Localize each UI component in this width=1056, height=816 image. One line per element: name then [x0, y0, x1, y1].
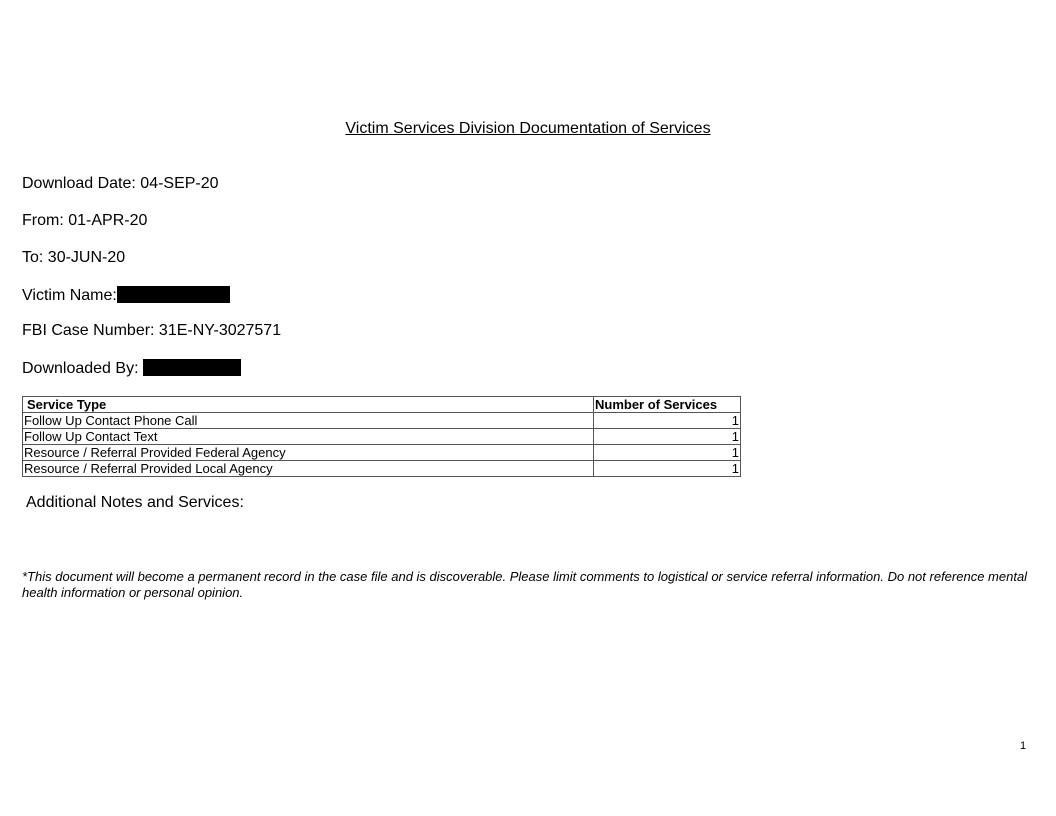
- table-row: Follow Up Contact Phone Call 1: [23, 413, 741, 429]
- date-to: To: 30-JUN-20: [22, 249, 125, 267]
- service-count-cell: 1: [594, 429, 741, 445]
- downloaded-by-redaction: [143, 359, 241, 376]
- table-row: Resource / Referral Provided Federal Age…: [23, 445, 741, 461]
- document-title-text: Victim Services Division Documentation o…: [345, 120, 710, 137]
- document-title: Victim Services Division Documentation o…: [0, 120, 1056, 138]
- service-type-cell: Follow Up Contact Phone Call: [23, 413, 594, 429]
- service-count-cell: 1: [594, 413, 741, 429]
- downloaded-by-label: Downloaded By:: [22, 360, 139, 377]
- date-from: From: 01-APR-20: [22, 212, 147, 230]
- service-count-cell: 1: [594, 445, 741, 461]
- downloaded-by-field: Downloaded By:: [22, 359, 241, 378]
- victim-name-field: Victim Name:: [22, 286, 230, 305]
- service-type-cell: Resource / Referral Provided Federal Age…: [23, 445, 594, 461]
- header-number-of-services: Number of Services: [594, 397, 741, 413]
- header-service-type: Service Type: [23, 397, 594, 413]
- service-type-cell: Follow Up Contact Text: [23, 429, 594, 445]
- page-number: 1: [1020, 740, 1026, 752]
- victim-name-label: Victim Name:: [22, 287, 117, 304]
- table-row: Follow Up Contact Text 1: [23, 429, 741, 445]
- table-header-row: Service Type Number of Services: [23, 397, 741, 413]
- additional-notes-label: Additional Notes and Services:: [26, 494, 244, 512]
- fbi-case-number: FBI Case Number: 31E-NY-3027571: [22, 322, 281, 340]
- disclaimer-text: *This document will become a permanent r…: [22, 569, 1032, 601]
- service-type-cell: Resource / Referral Provided Local Agenc…: [23, 461, 594, 477]
- victim-name-redaction: [117, 286, 230, 303]
- services-table: Service Type Number of Services Follow U…: [22, 396, 741, 477]
- service-count-cell: 1: [594, 461, 741, 477]
- table-row: Resource / Referral Provided Local Agenc…: [23, 461, 741, 477]
- download-date: Download Date: 04-SEP-20: [22, 175, 219, 193]
